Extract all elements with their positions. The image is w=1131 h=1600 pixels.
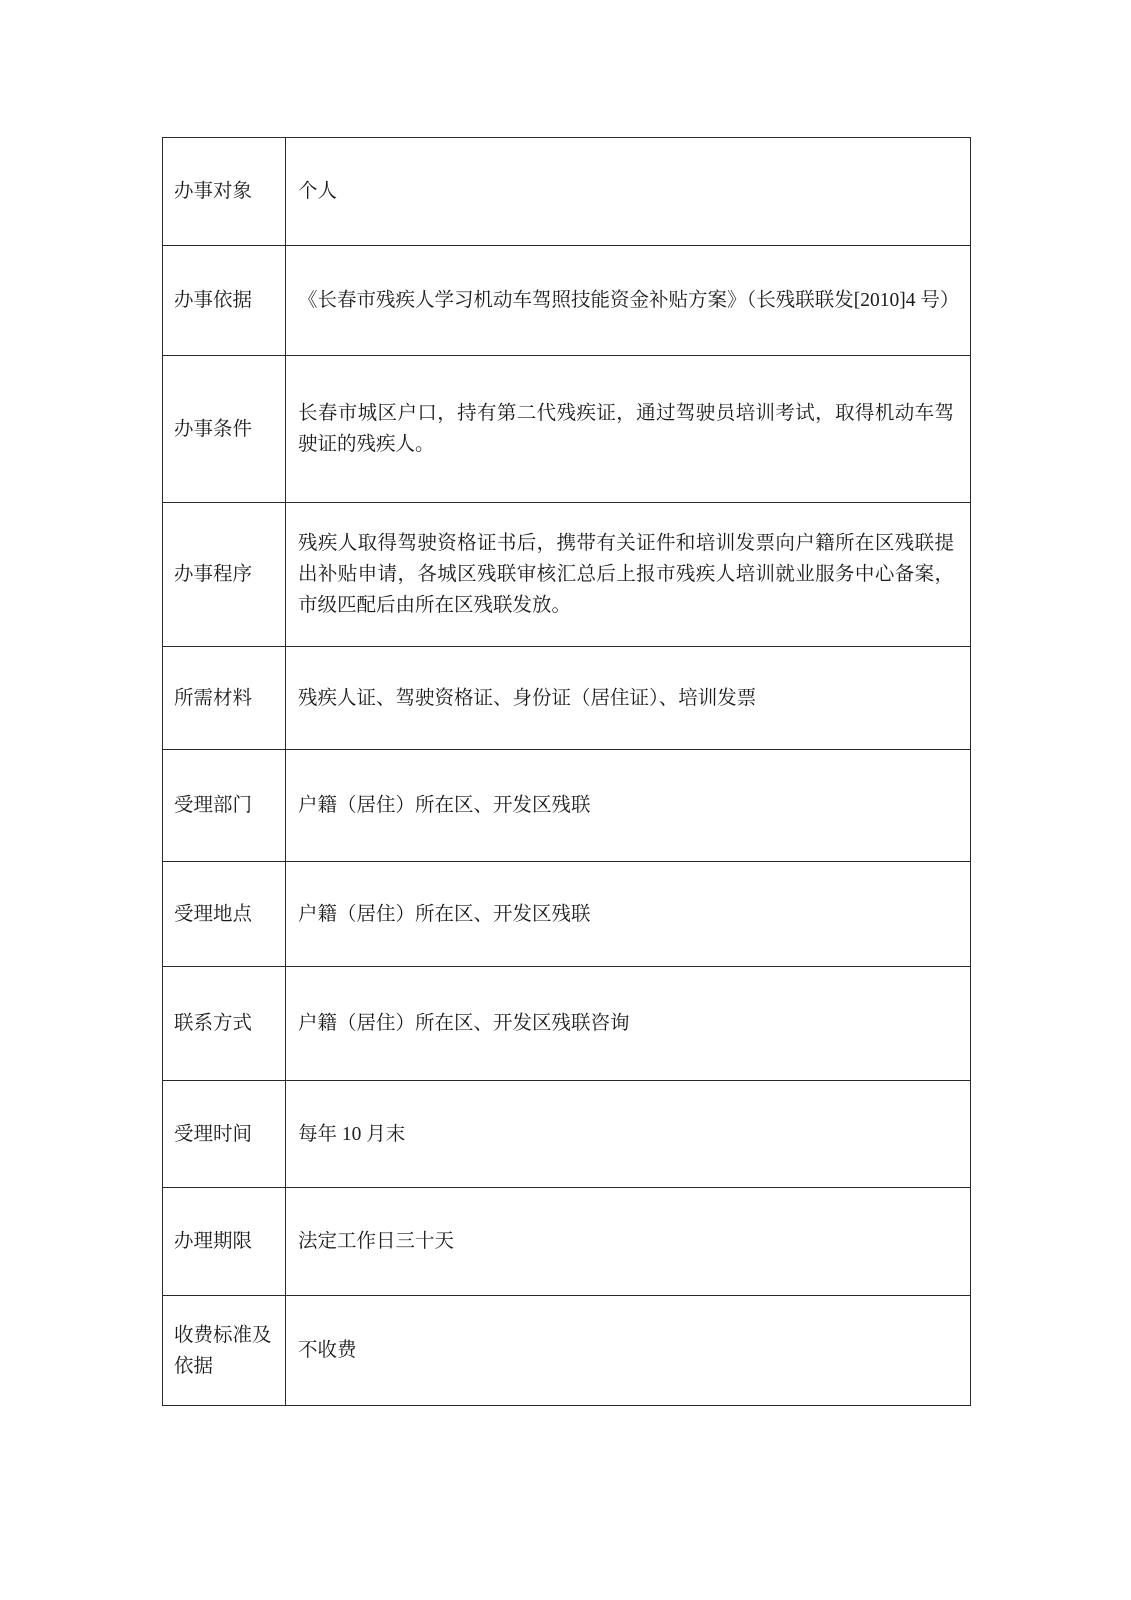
row-label: 办事对象 xyxy=(163,138,286,246)
row-label: 所需材料 xyxy=(163,647,286,750)
table-row: 收费标准及依据 不收费 xyxy=(163,1296,971,1406)
row-content: 长春市城区户口，持有第二代残疾证，通过驾驶员培训考试，取得机动车驾驶证的残疾人。 xyxy=(286,356,971,503)
table-row: 办事程序 残疾人取得驾驶资格证书后，携带有关证件和培训发票向户籍所在区残联提出补… xyxy=(163,503,971,647)
row-label: 受理地点 xyxy=(163,862,286,967)
row-content: 残疾人证、驾驶资格证、身份证（居住证）、培训发票 xyxy=(286,647,971,750)
row-label: 收费标准及依据 xyxy=(163,1296,286,1406)
row-label: 受理时间 xyxy=(163,1081,286,1188)
row-content: 每年 10 月末 xyxy=(286,1081,971,1188)
table-row: 受理时间 每年 10 月末 xyxy=(163,1081,971,1188)
table-row: 受理地点 户籍（居住）所在区、开发区残联 xyxy=(163,862,971,967)
row-content: 法定工作日三十天 xyxy=(286,1188,971,1296)
table-row: 办事对象 个人 xyxy=(163,138,971,246)
table-row: 办事依据 《长春市残疾人学习机动车驾照技能资金补贴方案》（长残联联发[2010]… xyxy=(163,246,971,356)
row-label: 办事依据 xyxy=(163,246,286,356)
table-row: 受理部门 户籍（居住）所在区、开发区残联 xyxy=(163,750,971,862)
row-content: 户籍（居住）所在区、开发区残联咨询 xyxy=(286,967,971,1081)
row-label: 联系方式 xyxy=(163,967,286,1081)
row-content: 户籍（居住）所在区、开发区残联 xyxy=(286,862,971,967)
row-label: 办事条件 xyxy=(163,356,286,503)
row-label: 办理期限 xyxy=(163,1188,286,1296)
row-content: 《长春市残疾人学习机动车驾照技能资金补贴方案》（长残联联发[2010]4 号） xyxy=(286,246,971,356)
table-row: 办事条件 长春市城区户口，持有第二代残疾证，通过驾驶员培训考试，取得机动车驾驶证… xyxy=(163,356,971,503)
table-row: 联系方式 户籍（居住）所在区、开发区残联咨询 xyxy=(163,967,971,1081)
row-content: 残疾人取得驾驶资格证书后，携带有关证件和培训发票向户籍所在区残联提出补贴申请，各… xyxy=(286,503,971,647)
row-content: 个人 xyxy=(286,138,971,246)
row-content: 不收费 xyxy=(286,1296,971,1406)
table-row: 所需材料 残疾人证、驾驶资格证、身份证（居住证）、培训发票 xyxy=(163,647,971,750)
document-page: 办事对象 个人 办事依据 《长春市残疾人学习机动车驾照技能资金补贴方案》（长残联… xyxy=(0,0,1131,1600)
row-label: 办事程序 xyxy=(163,503,286,647)
row-label: 受理部门 xyxy=(163,750,286,862)
info-table: 办事对象 个人 办事依据 《长春市残疾人学习机动车驾照技能资金补贴方案》（长残联… xyxy=(162,137,971,1406)
table-row: 办理期限 法定工作日三十天 xyxy=(163,1188,971,1296)
row-content: 户籍（居住）所在区、开发区残联 xyxy=(286,750,971,862)
